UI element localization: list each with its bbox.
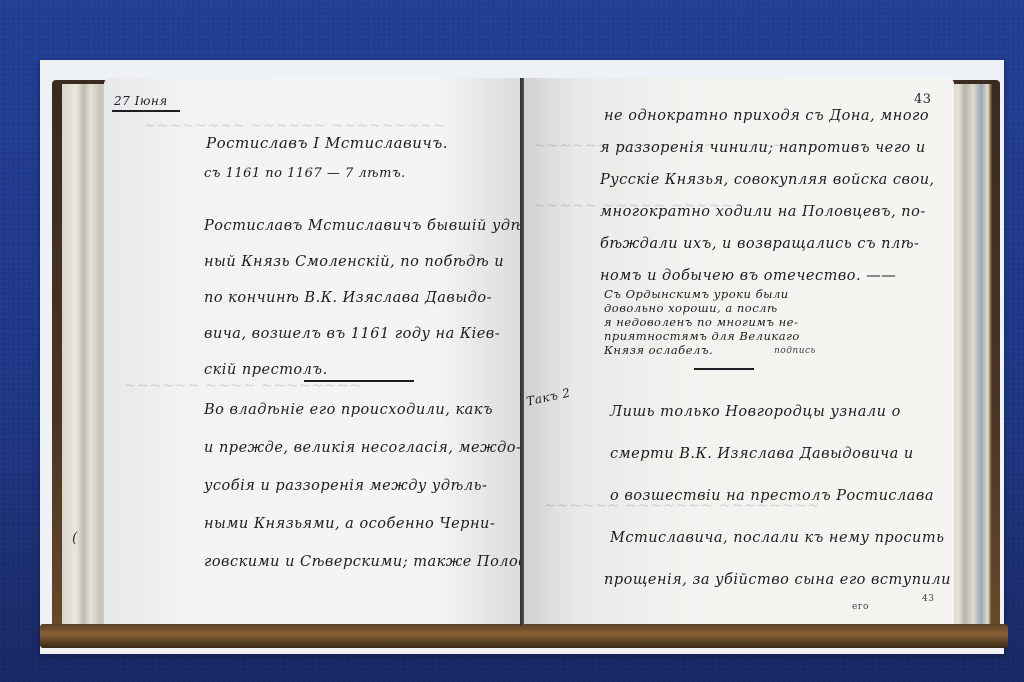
catchword: его [852, 602, 869, 612]
text-line: прощенія, за убійство сына его вступили [604, 572, 951, 588]
note-line: приятностямъ для Великаго [604, 330, 800, 343]
right-page: ~~~~~~ ~~~~~~~~ ~~~~~~~ ~~~~~ ~~~~~ ~~~~… [524, 78, 954, 624]
date-header-underline [112, 110, 180, 112]
book-cover-bottom-edge [40, 624, 1008, 648]
margin-mark: ( [72, 530, 78, 546]
text-line: говскими и Сѣверскими; также Половцы [204, 554, 522, 570]
text-line: о возшествіи на престолъ Ростислава [610, 488, 934, 504]
chapter-title: Ростиславъ I Мстиславичъ. [206, 134, 448, 152]
text-line: многократно ходили на Половцевъ, по- [600, 204, 926, 220]
text-line: я раззоренія чинили; напротивъ чего и [600, 140, 926, 156]
text-line: вича, возшелъ въ 1161 году на Кіев- [204, 326, 500, 342]
text-line: скій престолъ. [204, 362, 328, 378]
note-signature: подпись [774, 346, 816, 356]
text-line: бѣждали ихъ, и возвращались съ плѣ- [600, 236, 919, 252]
margin-label: Такъ 2 [525, 385, 572, 408]
page-number: 43 [914, 92, 932, 107]
bleed-through-text: ~~~~~~~~ ~~~~~~ ~~~~~~~~~ [144, 118, 445, 134]
text-line: Ростиславъ Мстиславичъ бывшій удѣль- [204, 218, 522, 234]
reign-dates: съ 1161 по 1167 — 7 лѣтъ. [204, 166, 406, 181]
text-line: Русскіе Князья, совокупляя войска свои, [600, 172, 935, 188]
left-page-stack [62, 84, 110, 624]
text-line: Лишь только Новгородцы узнали о [610, 404, 901, 420]
text-line: Мстиславича, послали къ нему просить [610, 530, 945, 546]
text-line: смерти В.К. Изяслава Давыдовича и [610, 446, 914, 462]
date-header: 27 Іюня [114, 94, 168, 108]
note-line: довольно хороши, а послѣ [604, 302, 778, 315]
note-line: Князя ослабелъ. [604, 344, 713, 357]
text-line: ный Князь Смоленскій, по побѣдѣ и [204, 254, 504, 270]
note-line: Съ Ордынскимъ уроки были [604, 288, 789, 301]
text-line: по кончинѣ В.К. Изяслава Давыдо- [204, 290, 492, 306]
text-line: номъ и добычею въ отечество. —— [600, 268, 896, 284]
note-line: я недоволенъ по многимъ не- [604, 316, 798, 329]
paragraph-end-underline [304, 380, 414, 382]
text-line: не однократно приходя съ Дона, много [604, 108, 929, 124]
text-line: и прежде, великія несогласія, междо- [204, 440, 521, 456]
text-line: усобія и раззоренія между удѣль- [204, 478, 487, 494]
right-page-stack [950, 84, 992, 624]
text-line: Во владѣніе его происходили, какъ [204, 402, 493, 418]
corner-mark: 43 [922, 594, 934, 604]
left-page: ~~~~~~~~ ~~~~~~ ~~~~~~~~~ ~~~~~~ ~~~~ ~~… [104, 78, 522, 624]
note-end-underline [694, 368, 754, 370]
text-line: ными Князьями, а особенно Черни- [204, 516, 495, 532]
